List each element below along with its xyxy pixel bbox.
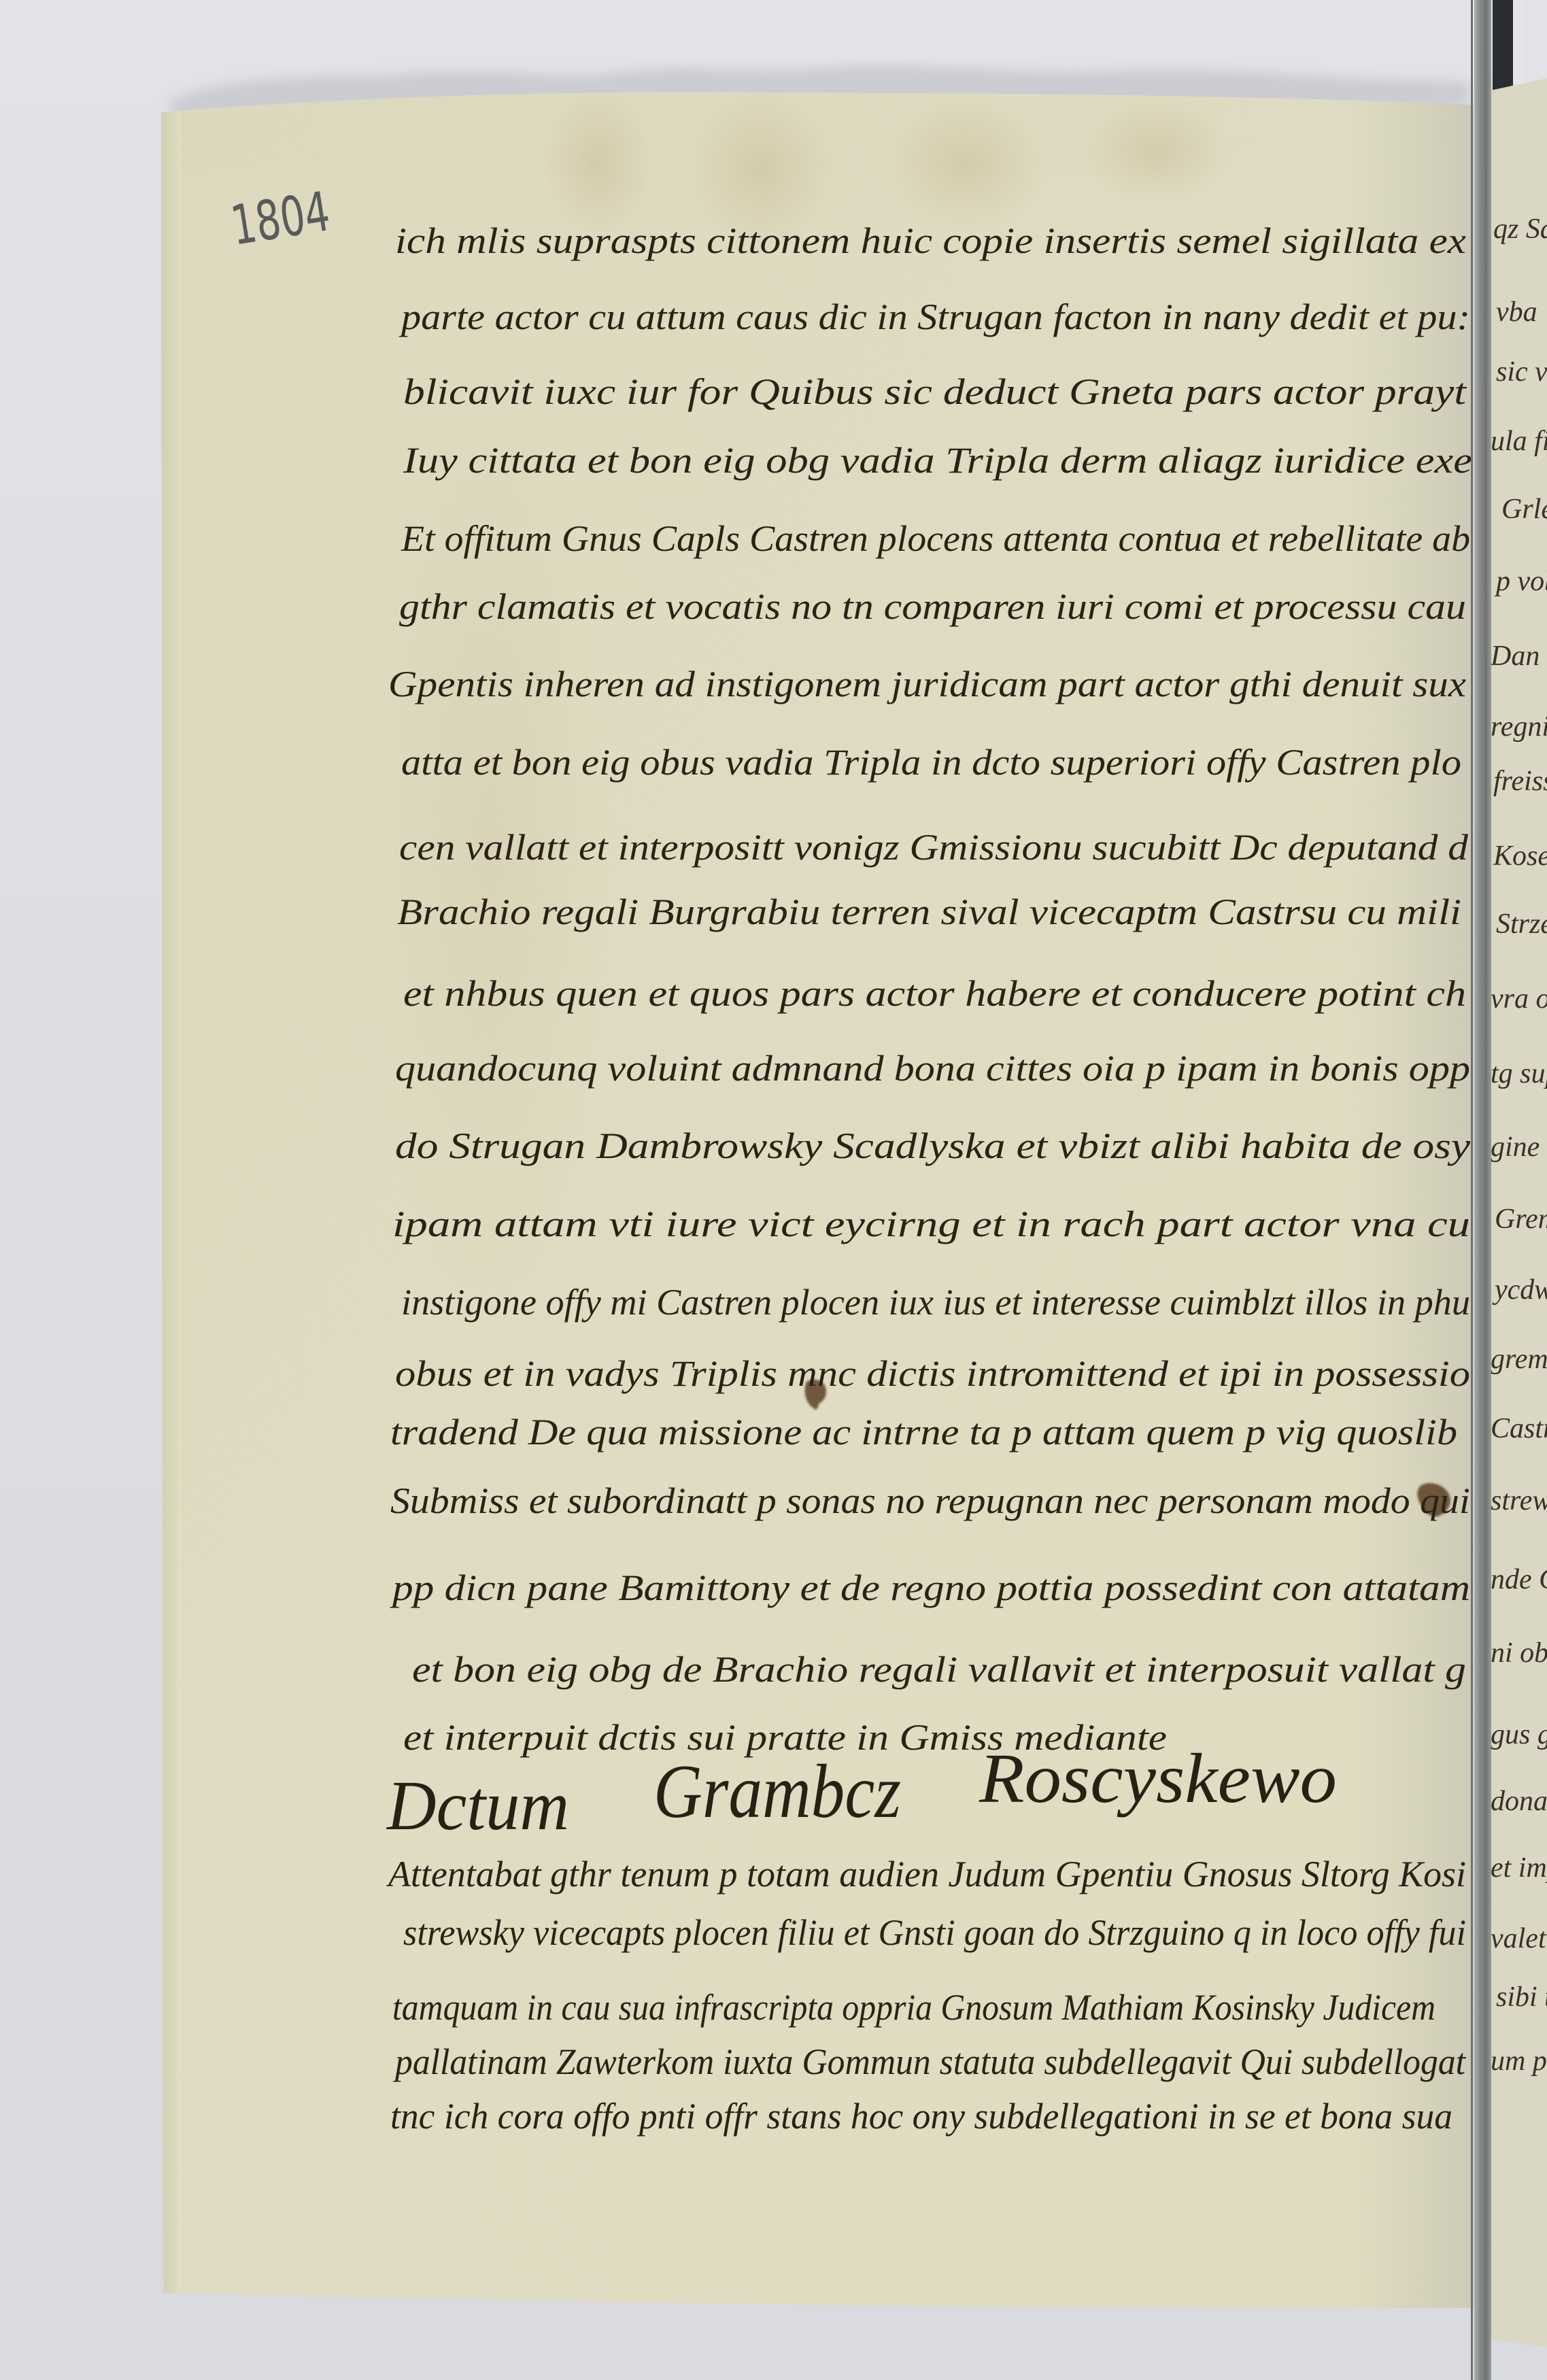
- manuscript-line: ipam attam vti iure vict eycirng et in r…: [392, 1204, 1470, 1244]
- heading-word: Roscyskewo: [979, 1739, 1337, 1818]
- manuscript-line: blicavit iuxc iur for Quibus sic deduct …: [403, 371, 1467, 412]
- glass-edge-line: [1471, 0, 1473, 2380]
- manuscript-line: tamquam in cau sua infrascripta oppria G…: [392, 1987, 1435, 2028]
- margin-fragment: sibi t: [1496, 1982, 1547, 2013]
- margin-fragment: Castren: [1491, 1413, 1547, 1444]
- manuscript-line: ich mlis supraspts cittonem huic copie i…: [395, 220, 1466, 261]
- margin-fragment: strewsk: [1491, 1485, 1547, 1516]
- heading-word: Dctum: [386, 1767, 569, 1845]
- water-stain: [884, 95, 1047, 231]
- binding-gap: [1493, 0, 1513, 92]
- margin-fragment: ni obus: [1491, 1637, 1547, 1669]
- margin-fragment: um ploce: [1491, 2045, 1547, 2077]
- manuscript-line: quandocunq voluint admnand bona cittes o…: [395, 1048, 1470, 1089]
- manuscript-line: parte actor cu attum caus dic in Strugan…: [398, 296, 1470, 337]
- left-page: 1804 ich mlis supraspts cittonem huic co…: [161, 88, 1477, 2312]
- manuscript-line: Brachio regali Burgrabiu terren sival vi…: [397, 891, 1461, 932]
- margin-fragment: qz Sanct: [1493, 214, 1547, 245]
- manuscript-line: pallatinam Zawterkom iuxta Gommun statut…: [392, 2041, 1467, 2082]
- manuscript-line: et nhbus quen et quos pars actor habere …: [403, 973, 1466, 1014]
- margin-fragment: vba: [1496, 296, 1537, 328]
- margin-fragment: et impedi: [1491, 1852, 1547, 1884]
- manuscript-line: atta et bon eig obus vadia Tripla in dct…: [401, 742, 1461, 783]
- manuscript-line: Et offitum Gnus Capls Castren plocens at…: [401, 518, 1470, 559]
- margin-fragment: Grlemb: [1501, 494, 1547, 525]
- manuscript-line: instigone offy mi Castren plocen iux ius…: [401, 1282, 1470, 1323]
- manuscript-line: et bon eig obg de Brachio regali vallavi…: [412, 1649, 1466, 1690]
- manuscript-line: gthr clamatis et vocatis no tn comparen …: [399, 586, 1466, 627]
- page-shading-near-binding: [1346, 88, 1476, 2312]
- margin-fragment: regni g: [1491, 711, 1547, 743]
- manuscript-line: Gpentis inheren ad instigonem juridicam …: [388, 664, 1466, 704]
- manuscript-line: Submiss et subordinatt p sonas no repugn…: [390, 1480, 1470, 1521]
- heading-word: Grambcz: [653, 1750, 901, 1834]
- manuscript-line: strewsky vicecapts plocen filiu et Gnsti…: [403, 1912, 1466, 1953]
- manuscript-line: tradend De qua missione ac intrne ta p a…: [390, 1412, 1457, 1452]
- paper-texture: [161, 88, 1477, 2312]
- margin-fragment: vra o: [1491, 983, 1547, 1015]
- binding-gap-highlight: [1514, 0, 1523, 85]
- margin-fragment: grembec: [1491, 1344, 1547, 1375]
- margin-fragment: Kosegi: [1493, 840, 1547, 872]
- facing-page: qz Sanct vba sic vo ula fitid Grlemb p v…: [1490, 78, 1547, 2347]
- margin-fragment: donand: [1491, 1786, 1547, 1817]
- margin-fragment: sic vo: [1496, 356, 1547, 388]
- margin-fragment: gus gcl: [1491, 1719, 1547, 1750]
- margin-fragment: valet non: [1491, 1923, 1547, 1954]
- margin-fragment: tg sup: [1491, 1058, 1547, 1089]
- margin-fragment: ycdw: [1492, 1274, 1547, 1306]
- margin-fragment: Dan G: [1490, 641, 1547, 672]
- water-stain: [544, 88, 653, 238]
- manuscript-line: Iuy cittata et bon eig obg vadia Tripla …: [403, 440, 1472, 481]
- manuscript-scan: 1804 ich mlis supraspts cittonem huic co…: [0, 0, 1547, 2380]
- margin-fragment: nde G: [1491, 1564, 1547, 1595]
- manuscript-line: pp dicn pane Bamittony et de regno potti…: [389, 1567, 1470, 1608]
- margin-fragment: p vob: [1494, 566, 1547, 597]
- water-stain: [1081, 95, 1231, 204]
- manuscript-line: cen vallatt et interpositt vonigz Gmissi…: [399, 827, 1469, 868]
- manuscript-line: obus et in vadys Triplis mnc dictis intr…: [395, 1353, 1470, 1394]
- page-edge-stack: [161, 88, 180, 2312]
- margin-fragment: ula fitid: [1491, 426, 1547, 457]
- manuscript-line: Attentabat gthr tenum p totam audien Jud…: [386, 1854, 1466, 1894]
- margin-fragment: gine immu: [1491, 1132, 1547, 1163]
- margin-fragment: Strzegu: [1496, 908, 1547, 940]
- manuscript-line: do Strugan Dambrowsky Scadlyska et vbizt…: [395, 1125, 1470, 1166]
- margin-fragment: freisse: [1493, 766, 1547, 797]
- manuscript-line: tnc ich cora offo pnti offr stans hoc on…: [390, 2096, 1452, 2137]
- margin-fragment: Gremb: [1495, 1204, 1547, 1235]
- glass-edge-strip: [1474, 0, 1491, 2380]
